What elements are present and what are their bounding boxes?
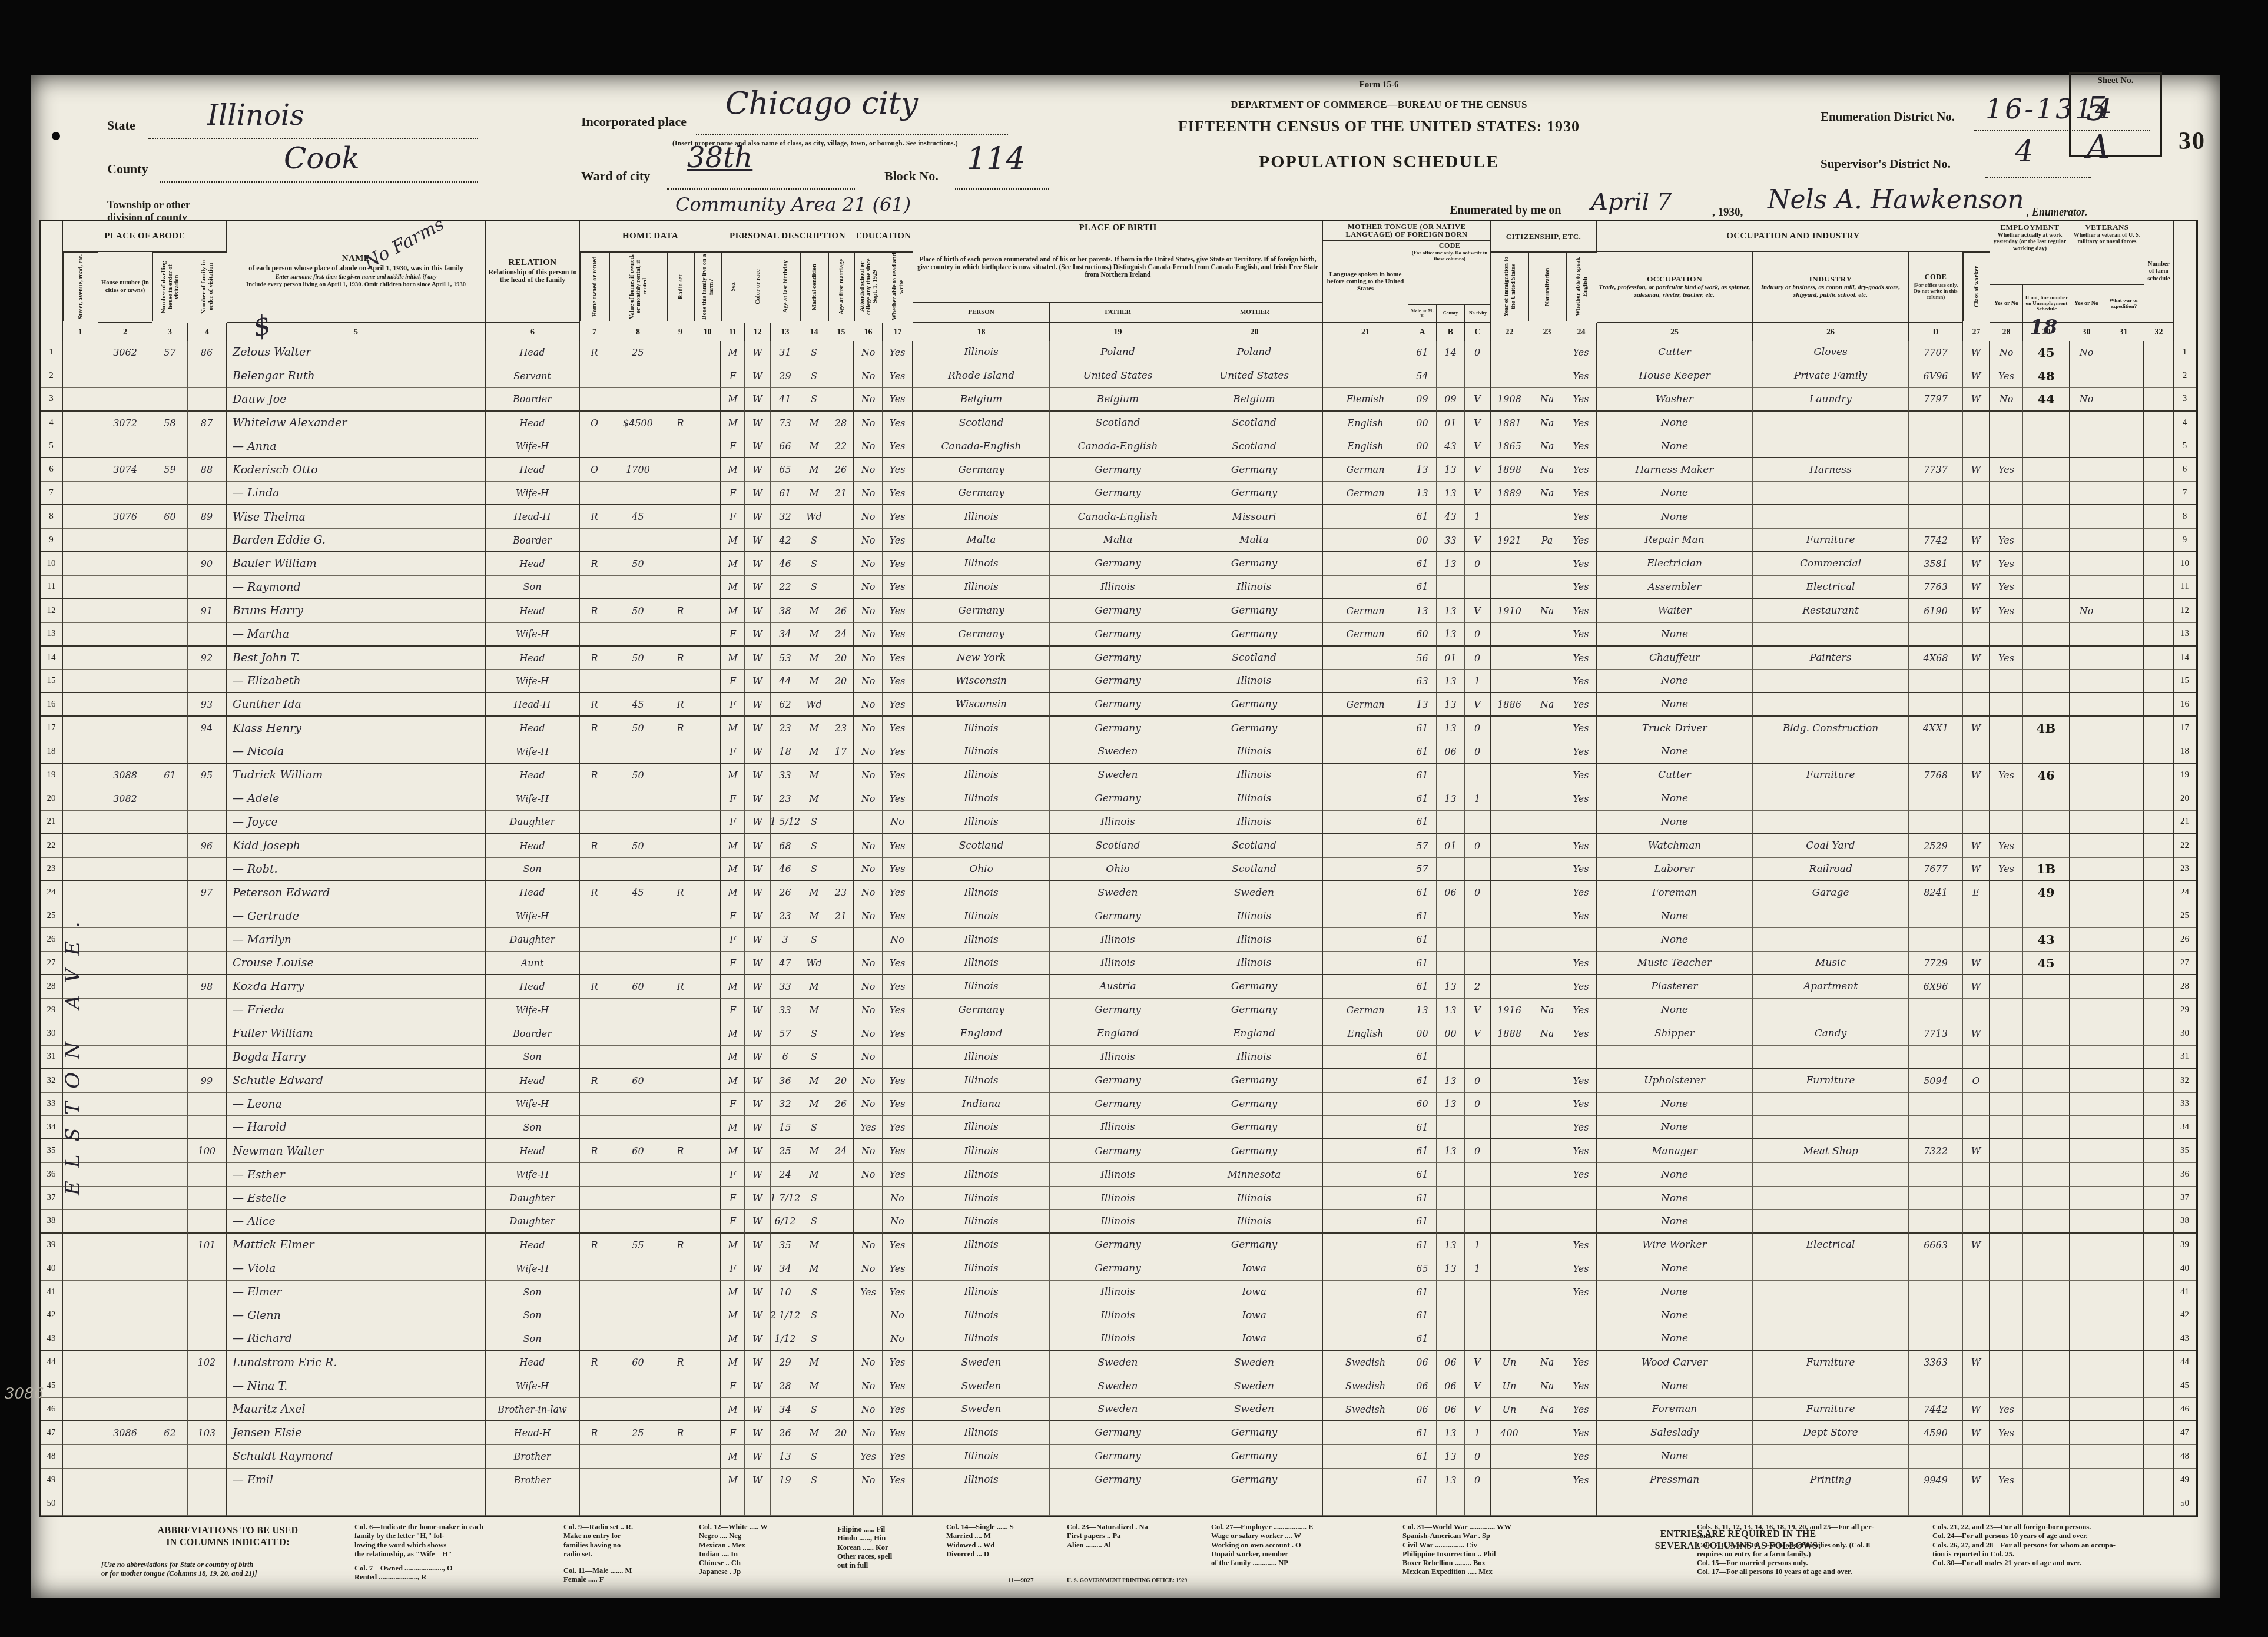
line-number: 6 bbox=[41, 458, 63, 482]
cell-veteran bbox=[2070, 529, 2103, 552]
cell-veteran bbox=[2070, 505, 2103, 529]
cell-age: 33 bbox=[771, 764, 800, 787]
cell-worked-yesterday bbox=[1990, 1234, 2023, 1257]
cell-industry bbox=[1753, 1281, 1909, 1304]
cell-naturalization bbox=[1528, 552, 1566, 576]
cell-father-birthplace: Germany bbox=[1050, 1421, 1186, 1445]
cell-read-write: Yes bbox=[883, 1469, 913, 1492]
cell-house-number bbox=[98, 1139, 152, 1163]
hole-punch-icon bbox=[52, 132, 60, 140]
cell-house-number bbox=[98, 1398, 152, 1421]
cell-code-a: 00 bbox=[1408, 529, 1437, 552]
cell-veteran bbox=[2070, 1022, 2103, 1046]
cell-farm-schedule bbox=[2144, 693, 2174, 717]
cell-code-a: 61 bbox=[1408, 904, 1437, 928]
cell-relation: Head bbox=[486, 717, 580, 740]
cell-code-a: 61 bbox=[1408, 1069, 1437, 1093]
cell-owned-rented bbox=[580, 1374, 609, 1398]
cell-mother-tongue bbox=[1323, 647, 1408, 670]
name-desc3: Include every person living on April 1, … bbox=[244, 281, 468, 289]
cell-sex: M bbox=[721, 1046, 745, 1069]
cell-farm bbox=[694, 1421, 721, 1445]
cell-naturalization: Na bbox=[1528, 1351, 1566, 1374]
cell-read-write: Yes bbox=[883, 881, 913, 904]
cell-name: — Alice bbox=[227, 1210, 486, 1234]
cell-owned-rented bbox=[580, 1022, 609, 1046]
cell-occupation: Harness Maker bbox=[1597, 458, 1753, 482]
cell-farm bbox=[694, 1022, 721, 1046]
cell-relation: Brother-in-law bbox=[486, 1398, 580, 1421]
cell-speaks-english bbox=[1566, 1187, 1597, 1210]
cell-home-value bbox=[609, 999, 667, 1022]
cell-mother-tongue: Swedish bbox=[1323, 1374, 1408, 1398]
cell-industry bbox=[1753, 811, 1909, 834]
cell-farm-schedule bbox=[2144, 1351, 2174, 1374]
cell-marital: M bbox=[800, 999, 828, 1022]
cell-dwelling-number bbox=[152, 1327, 188, 1351]
cell-owned-rented bbox=[580, 529, 609, 552]
cell-unemployment-line bbox=[2023, 1327, 2070, 1351]
cell-speaks-english: Yes bbox=[1566, 1139, 1597, 1163]
worker-class-header: Class of worker bbox=[1963, 252, 1990, 321]
cell-age-first-marriage bbox=[828, 999, 854, 1022]
line-number: 12 bbox=[2174, 599, 2196, 623]
line-number: 19 bbox=[2174, 764, 2196, 787]
cell-naturalization bbox=[1528, 647, 1566, 670]
cell-mother-tongue bbox=[1323, 552, 1408, 576]
cell-mother-tongue: German bbox=[1323, 482, 1408, 505]
cell-attended-school: No bbox=[854, 834, 883, 858]
column-number: 19 bbox=[1050, 323, 1186, 343]
cell-naturalization bbox=[1528, 717, 1566, 740]
cell-sex: M bbox=[721, 552, 745, 576]
line-number: 25 bbox=[41, 904, 63, 928]
cell-attended-school: No bbox=[854, 693, 883, 717]
cell-marital: M bbox=[800, 435, 828, 459]
cell-code-c: 0 bbox=[1465, 1469, 1491, 1492]
cell-code-b: 06 bbox=[1437, 1351, 1465, 1374]
cell-attended-school: No bbox=[854, 1421, 883, 1445]
cell-veteran bbox=[2070, 881, 2103, 904]
cell-color-race: W bbox=[745, 1374, 771, 1398]
cell-marital: S bbox=[800, 341, 828, 364]
cell-relation: Wife-H bbox=[486, 904, 580, 928]
employment-desc: Whether actually at work yesterday (or t… bbox=[1990, 231, 2070, 284]
cell-birthplace: Indiana bbox=[913, 1093, 1050, 1116]
cell-code-c bbox=[1465, 858, 1491, 882]
cell-code-c: 0 bbox=[1465, 1139, 1491, 1163]
cell-attended-school: No bbox=[854, 1234, 883, 1257]
cell-speaks-english bbox=[1566, 811, 1597, 834]
cell-industry bbox=[1753, 435, 1909, 459]
cell-relation: Aunt bbox=[486, 952, 580, 975]
cell-house-number bbox=[98, 1492, 152, 1516]
cell-age-first-marriage bbox=[828, 1187, 854, 1210]
cell-unemployment-line bbox=[2023, 412, 2070, 435]
cell-mother-birthplace: Illinois bbox=[1186, 764, 1323, 787]
cell-mother-birthplace: Germany bbox=[1186, 599, 1323, 623]
cell-farm-schedule bbox=[2144, 341, 2174, 364]
cell-code-c: V bbox=[1465, 482, 1491, 505]
cell-read-write: Yes bbox=[883, 1398, 913, 1421]
cell-relation: Head-H bbox=[486, 505, 580, 529]
cell-code-b: 13 bbox=[1437, 1069, 1465, 1093]
cell-marital: Wd bbox=[800, 693, 828, 717]
cell-read-write bbox=[883, 1492, 913, 1516]
cell-naturalization bbox=[1528, 1304, 1566, 1328]
cell-birthplace: Germany bbox=[913, 599, 1050, 623]
cell-sex: F bbox=[721, 623, 745, 647]
cell-mother-tongue bbox=[1323, 1116, 1408, 1139]
cell-occupation: None bbox=[1597, 412, 1753, 435]
read-write-header: Whether able to read and write bbox=[883, 252, 913, 321]
cell-relation: Head bbox=[486, 975, 580, 999]
line-number: 10 bbox=[41, 552, 63, 576]
cell-farm bbox=[694, 435, 721, 459]
cell-sex: M bbox=[721, 834, 745, 858]
cell-code-c bbox=[1465, 1163, 1491, 1187]
cell-attended-school: No bbox=[854, 952, 883, 975]
cell-family-number bbox=[188, 364, 227, 388]
line-number: 26 bbox=[2174, 928, 2196, 952]
cell-worker-class bbox=[1963, 1327, 1990, 1351]
cell-occupation-code bbox=[1909, 904, 1963, 928]
cell-name: — Nicola bbox=[227, 740, 486, 764]
cell-owned-rented bbox=[580, 364, 609, 388]
cell-occupation: None bbox=[1597, 670, 1753, 693]
cell-war bbox=[2103, 1374, 2144, 1398]
cell-industry: Painters bbox=[1753, 647, 1909, 670]
cell-dwelling-number: 60 bbox=[152, 505, 188, 529]
cell-farm-schedule bbox=[2144, 552, 2174, 576]
cell-family-number: 99 bbox=[188, 1069, 227, 1093]
line-number: 33 bbox=[41, 1093, 63, 1116]
cell-age-first-marriage bbox=[828, 1046, 854, 1069]
cell-dwelling-number bbox=[152, 1234, 188, 1257]
cell-name: Schuldt Raymond bbox=[227, 1445, 486, 1469]
cell-speaks-english: Yes bbox=[1566, 999, 1597, 1022]
cell-radio-set bbox=[667, 1281, 694, 1304]
cell-name: — Richard bbox=[227, 1327, 486, 1351]
pob-desc: Place of birth of each person enumerated… bbox=[913, 233, 1322, 302]
cell-occupation-code bbox=[1909, 693, 1963, 717]
cell-code-c bbox=[1465, 1210, 1491, 1234]
cell-worked-yesterday bbox=[1990, 787, 2023, 811]
cell-veteran bbox=[2070, 693, 2103, 717]
cell-code-a: 57 bbox=[1408, 858, 1437, 882]
line-number: 25 bbox=[2174, 904, 2196, 928]
cell-marital: M bbox=[800, 1163, 828, 1187]
cell-mother-birthplace: Scotland bbox=[1186, 647, 1323, 670]
cell-code-a: 65 bbox=[1408, 1257, 1437, 1281]
cell-code-b: 13 bbox=[1437, 1257, 1465, 1281]
cell-code-c: 2 bbox=[1465, 975, 1491, 999]
cell-street bbox=[63, 388, 98, 412]
cell-unemployment-line bbox=[2023, 1398, 2070, 1421]
cell-marital: M bbox=[800, 717, 828, 740]
department-title: DEPARTMENT OF COMMERCE—BUREAU OF THE CEN… bbox=[1173, 99, 1585, 111]
cell-war bbox=[2103, 1022, 2144, 1046]
cell-code-c: V bbox=[1465, 412, 1491, 435]
cell-family-number bbox=[188, 1163, 227, 1187]
cell-farm bbox=[694, 1257, 721, 1281]
cell-name: Barden Eddie G. bbox=[227, 529, 486, 552]
cell-house-number bbox=[98, 1022, 152, 1046]
cell-father-birthplace: Illinois bbox=[1050, 1327, 1186, 1351]
column-number: 13 bbox=[771, 323, 800, 343]
cell-worker-class bbox=[1963, 904, 1990, 928]
cell-industry: Printing bbox=[1753, 1469, 1909, 1492]
cell-sex: F bbox=[721, 928, 745, 952]
cell-worked-yesterday bbox=[1990, 740, 2023, 764]
cell-veteran bbox=[2070, 1469, 2103, 1492]
cell-worker-class bbox=[1963, 505, 1990, 529]
employment-title: EMPLOYMENT bbox=[2000, 221, 2059, 231]
cell-dwelling-number bbox=[152, 787, 188, 811]
cell-mother-birthplace: United States bbox=[1186, 364, 1323, 388]
cell-code-c bbox=[1465, 1116, 1491, 1139]
cell-code-c bbox=[1465, 576, 1491, 599]
cell-code-b bbox=[1437, 811, 1465, 834]
cell-father-birthplace: Sweden bbox=[1050, 881, 1186, 904]
cell-worked-yesterday bbox=[1990, 904, 2023, 928]
cell-color-race: W bbox=[745, 740, 771, 764]
cell-code-a: 61 bbox=[1408, 764, 1437, 787]
cell-sex: M bbox=[721, 412, 745, 435]
cell-color-race: W bbox=[745, 505, 771, 529]
cell-home-value bbox=[609, 529, 667, 552]
column-number: 3 bbox=[152, 323, 188, 343]
cell-naturalization bbox=[1528, 881, 1566, 904]
cell-mother-birthplace: Germany bbox=[1186, 623, 1323, 647]
cell-occupation-code bbox=[1909, 1163, 1963, 1187]
cell-relation: Head-H bbox=[486, 1421, 580, 1445]
cell-farm-schedule bbox=[2144, 975, 2174, 999]
cell-farm bbox=[694, 482, 721, 505]
cell-read-write: Yes bbox=[883, 1022, 913, 1046]
cell-veteran bbox=[2070, 1374, 2103, 1398]
cell-name: — Harold bbox=[227, 1116, 486, 1139]
cell-father-birthplace: Canada-English bbox=[1050, 435, 1186, 459]
cell-code-c: V bbox=[1465, 999, 1491, 1022]
cell-industry bbox=[1753, 1445, 1909, 1469]
cell-color-race: W bbox=[745, 717, 771, 740]
cell-code-b bbox=[1437, 952, 1465, 975]
cell-occupation: Assembler bbox=[1597, 576, 1753, 599]
cell-marital: M bbox=[800, 1234, 828, 1257]
cell-immigration-year: 1865 bbox=[1491, 435, 1528, 459]
cell-mother-tongue bbox=[1323, 576, 1408, 599]
cell-occupation: Pressman bbox=[1597, 1469, 1753, 1492]
cell-house-number bbox=[98, 1445, 152, 1469]
cell-veteran bbox=[2070, 834, 2103, 858]
cell-worked-yesterday: No bbox=[1990, 388, 2023, 412]
cell-code-c: V bbox=[1465, 1022, 1491, 1046]
cell-veteran: No bbox=[2070, 341, 2103, 364]
cell-family-number bbox=[188, 811, 227, 834]
cell-mother-birthplace: Sweden bbox=[1186, 1351, 1323, 1374]
cell-dwelling-number bbox=[152, 1469, 188, 1492]
cell-veteran bbox=[2070, 670, 2103, 693]
cell-age: 23 bbox=[771, 904, 800, 928]
cell-family-number bbox=[188, 529, 227, 552]
cell-owned-rented: R bbox=[580, 1351, 609, 1374]
cell-mother-tongue bbox=[1323, 1210, 1408, 1234]
line-number-column-header bbox=[2174, 221, 2196, 343]
cell-mother-tongue bbox=[1323, 670, 1408, 693]
cell-industry: Furniture bbox=[1753, 529, 1909, 552]
cell-owned-rented bbox=[580, 740, 609, 764]
cell-speaks-english: Yes bbox=[1566, 693, 1597, 717]
cell-dwelling-number bbox=[152, 999, 188, 1022]
cell-sex: M bbox=[721, 458, 745, 482]
cell-code-a: 13 bbox=[1408, 999, 1437, 1022]
cell-unemployment-line bbox=[2023, 1116, 2070, 1139]
cell-code-a bbox=[1408, 1492, 1437, 1516]
cell-worker-class bbox=[1963, 1046, 1990, 1069]
cell-father-birthplace: Germany bbox=[1050, 999, 1186, 1022]
cell-read-write: No bbox=[883, 1304, 913, 1328]
cell-code-c: 1 bbox=[1465, 1421, 1491, 1445]
cell-code-b bbox=[1437, 764, 1465, 787]
cell-marital: S bbox=[800, 552, 828, 576]
line-number: 4 bbox=[41, 412, 63, 435]
line-number: 9 bbox=[2174, 529, 2196, 552]
cell-attended-school: No bbox=[854, 787, 883, 811]
cell-farm bbox=[694, 952, 721, 975]
cell-relation: Brother bbox=[486, 1469, 580, 1492]
cell-dwelling-number bbox=[152, 928, 188, 952]
cell-age-first-marriage bbox=[828, 1304, 854, 1328]
line-number: 42 bbox=[2174, 1304, 2196, 1328]
cell-code-a: 61 bbox=[1408, 1327, 1437, 1351]
cell-code-b bbox=[1437, 1116, 1465, 1139]
cell-owned-rented bbox=[580, 435, 609, 459]
cell-industry bbox=[1753, 505, 1909, 529]
cell-read-write: Yes bbox=[883, 435, 913, 459]
cell-owned-rented: R bbox=[580, 975, 609, 999]
cell-age: 29 bbox=[771, 364, 800, 388]
column-number: 24 bbox=[1566, 323, 1597, 343]
cell-age: 6 bbox=[771, 1046, 800, 1069]
footer-col23: Col. 23—Naturalized . Na First papers ..… bbox=[1067, 1523, 1148, 1550]
group-relation: RELATION Relationship of this person to … bbox=[486, 221, 580, 323]
cell-war bbox=[2103, 458, 2144, 482]
cell-dwelling-number bbox=[152, 529, 188, 552]
cell-industry: Electrical bbox=[1753, 1234, 1909, 1257]
cell-mother-birthplace: Illinois bbox=[1186, 740, 1323, 764]
cell-speaks-english bbox=[1566, 1304, 1597, 1328]
cell-farm bbox=[694, 1046, 721, 1069]
cell-name: — Glenn bbox=[227, 1304, 486, 1328]
cell-owned-rented bbox=[580, 928, 609, 952]
cell-color-race: W bbox=[745, 482, 771, 505]
cell-farm bbox=[694, 576, 721, 599]
cell-mother-tongue bbox=[1323, 975, 1408, 999]
cell-worked-yesterday: Yes bbox=[1990, 576, 2023, 599]
pob-father-header: FATHER bbox=[1050, 302, 1186, 322]
cell-worked-yesterday: Yes bbox=[1990, 834, 2023, 858]
cell-owned-rented: R bbox=[580, 881, 609, 904]
cell-unemployment-line bbox=[2023, 482, 2070, 505]
cell-color-race bbox=[745, 1492, 771, 1516]
cell-occupation: None bbox=[1597, 811, 1753, 834]
cell-color-race: W bbox=[745, 364, 771, 388]
cell-farm bbox=[694, 1234, 721, 1257]
cell-read-write: Yes bbox=[883, 740, 913, 764]
cell-farm-schedule bbox=[2144, 1234, 2174, 1257]
cell-war bbox=[2103, 576, 2144, 599]
cell-relation: Wife-H bbox=[486, 435, 580, 459]
cell-farm-schedule bbox=[2144, 647, 2174, 670]
cell-name: Bauler William bbox=[227, 552, 486, 576]
cell-worked-yesterday bbox=[1990, 717, 2023, 740]
cell-color-race: W bbox=[745, 529, 771, 552]
cell-age-first-marriage bbox=[828, 1445, 854, 1469]
footer-col9: Col. 9—Radio set .. R. Make no entry for… bbox=[563, 1523, 633, 1559]
cell-worker-class: W bbox=[1963, 1234, 1990, 1257]
cell-mother-tongue bbox=[1323, 1492, 1408, 1516]
cell-code-a: 61 bbox=[1408, 341, 1437, 364]
cell-owned-rented bbox=[580, 952, 609, 975]
cell-family-number bbox=[188, 1257, 227, 1281]
cell-attended-school: Yes bbox=[854, 1116, 883, 1139]
cell-worked-yesterday bbox=[1990, 693, 2023, 717]
cell-marital: Wd bbox=[800, 505, 828, 529]
cell-naturalization: Na bbox=[1528, 693, 1566, 717]
cell-birthplace: Malta bbox=[913, 529, 1050, 552]
cell-war bbox=[2103, 834, 2144, 858]
cell-farm bbox=[694, 1469, 721, 1492]
cell-radio-set bbox=[667, 364, 694, 388]
cell-dwelling-number bbox=[152, 811, 188, 834]
block-value: 114 bbox=[967, 141, 1025, 177]
cell-mother-tongue bbox=[1323, 364, 1408, 388]
cell-occupation: None bbox=[1597, 1374, 1753, 1398]
cell-worker-class: W bbox=[1963, 599, 1990, 623]
cell-code-b: 13 bbox=[1437, 623, 1465, 647]
cell-war bbox=[2103, 1257, 2144, 1281]
cell-mother-birthplace: Germany bbox=[1186, 1093, 1323, 1116]
cell-read-write: Yes bbox=[883, 693, 913, 717]
cell-read-write bbox=[883, 1046, 913, 1069]
cell-code-a: 61 bbox=[1408, 1304, 1437, 1328]
cell-marital: M bbox=[800, 787, 828, 811]
cell-family-number: 87 bbox=[188, 412, 227, 435]
line-number: 45 bbox=[2174, 1374, 2196, 1398]
cell-worker-class: W bbox=[1963, 529, 1990, 552]
line-number: 50 bbox=[2174, 1492, 2196, 1516]
cell-radio-set bbox=[667, 388, 694, 412]
occupation-header: OCCUPATION Trade, profession, or particu… bbox=[1597, 252, 1753, 323]
cell-dwelling-number bbox=[152, 904, 188, 928]
cell-code-b bbox=[1437, 1163, 1465, 1187]
cell-marital: M bbox=[800, 904, 828, 928]
cell-age-first-marriage bbox=[828, 787, 854, 811]
cell-house-number bbox=[98, 1234, 152, 1257]
cell-farm bbox=[694, 1445, 721, 1469]
cell-house-number bbox=[98, 623, 152, 647]
cell-immigration-year bbox=[1491, 952, 1528, 975]
cell-farm bbox=[694, 1116, 721, 1139]
cell-worked-yesterday bbox=[1990, 928, 2023, 952]
cell-occupation-code bbox=[1909, 1210, 1963, 1234]
cell-code-b bbox=[1437, 364, 1465, 388]
cell-code-b bbox=[1437, 1327, 1465, 1351]
cell-veteran bbox=[2070, 811, 2103, 834]
cell-occupation: Washer bbox=[1597, 388, 1753, 412]
cell-veteran bbox=[2070, 623, 2103, 647]
